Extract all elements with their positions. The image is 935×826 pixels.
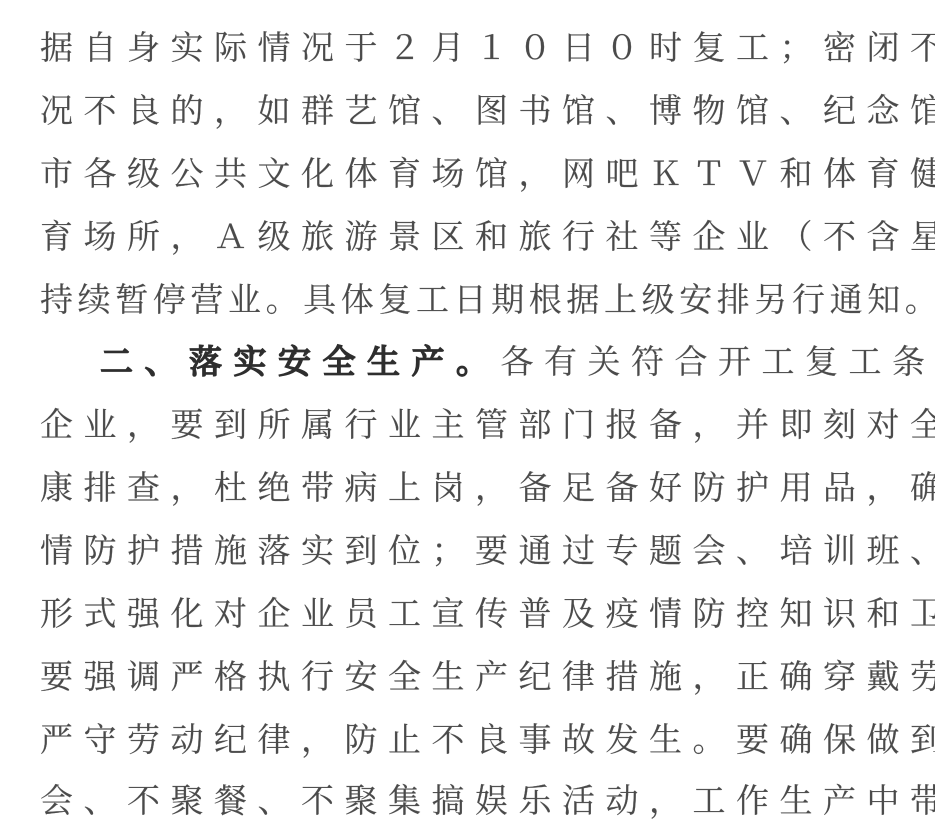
text-line: 据 自 身 实 际 情 况 于 ２ 月 １ ０ 日 ０ 时 复 工 ； 密 闭 … — [40, 26, 866, 70]
section-heading-line: 二 、 落 实 安 全 生 产 。 各 有 关 符 合 开 工 复 工 条 件 … — [100, 340, 866, 384]
text-line: 严 守 劳 动 纪 律 ， 防 止 不 良 事 故 发 生 。 要 确 保 做 … — [40, 718, 866, 762]
text-line: 情 防 护 措 施 落 实 到 位 ； 要 通 过 专 题 会 、 培 训 班 … — [40, 529, 866, 573]
text-line: 要 强 调 严 格 执 行 安 全 生 产 纪 律 措 施 ， 正 确 穿 戴 … — [40, 655, 866, 699]
text-line: 育 场 所 ， Ａ 级 旅 游 景 区 和 旅 行 社 等 企 业 （ 不 含 … — [40, 215, 866, 259]
text-line: 持续暂停营业。具体复工日期根据上级安排另行通知。 — [40, 278, 866, 322]
heading-line-text: 各 有 关 符 合 开 工 复 工 条 件 的 文 旅 广 体 — [501, 342, 935, 381]
text-line: 康 排 查 ， 杜 绝 带 病 上 岗 ， 备 足 备 好 防 护 用 品 ， … — [40, 466, 866, 510]
text-line: 会 、 不 聚 餐 、 不 聚 集 搞 娱 乐 活 动 ， 工 作 生 产 中 … — [40, 779, 866, 823]
scanned-document-page: 据 自 身 实 际 情 况 于 ２ 月 １ ０ 日 ０ 时 复 工 ； 密 闭 … — [0, 0, 935, 826]
section-heading: 二 、 落 实 安 全 生 产 。 — [100, 342, 501, 381]
text-line: 市 各 级 公 共 文 化 体 育 场 馆 ， 网 吧 Ｋ Ｔ Ｖ 和 体 育 … — [40, 152, 866, 196]
text-line: 况 不 良 的 ， 如 群 艺 馆 、 图 书 馆 、 博 物 馆 、 纪 念 … — [40, 89, 866, 133]
text-line: 企 业 ， 要 到 所 属 行 业 主 管 部 门 报 备 ， 并 即 刻 对 … — [40, 403, 866, 447]
text-line: 形 式 强 化 对 企 业 员 工 宣 传 普 及 疫 情 防 控 知 识 和 … — [40, 592, 866, 636]
